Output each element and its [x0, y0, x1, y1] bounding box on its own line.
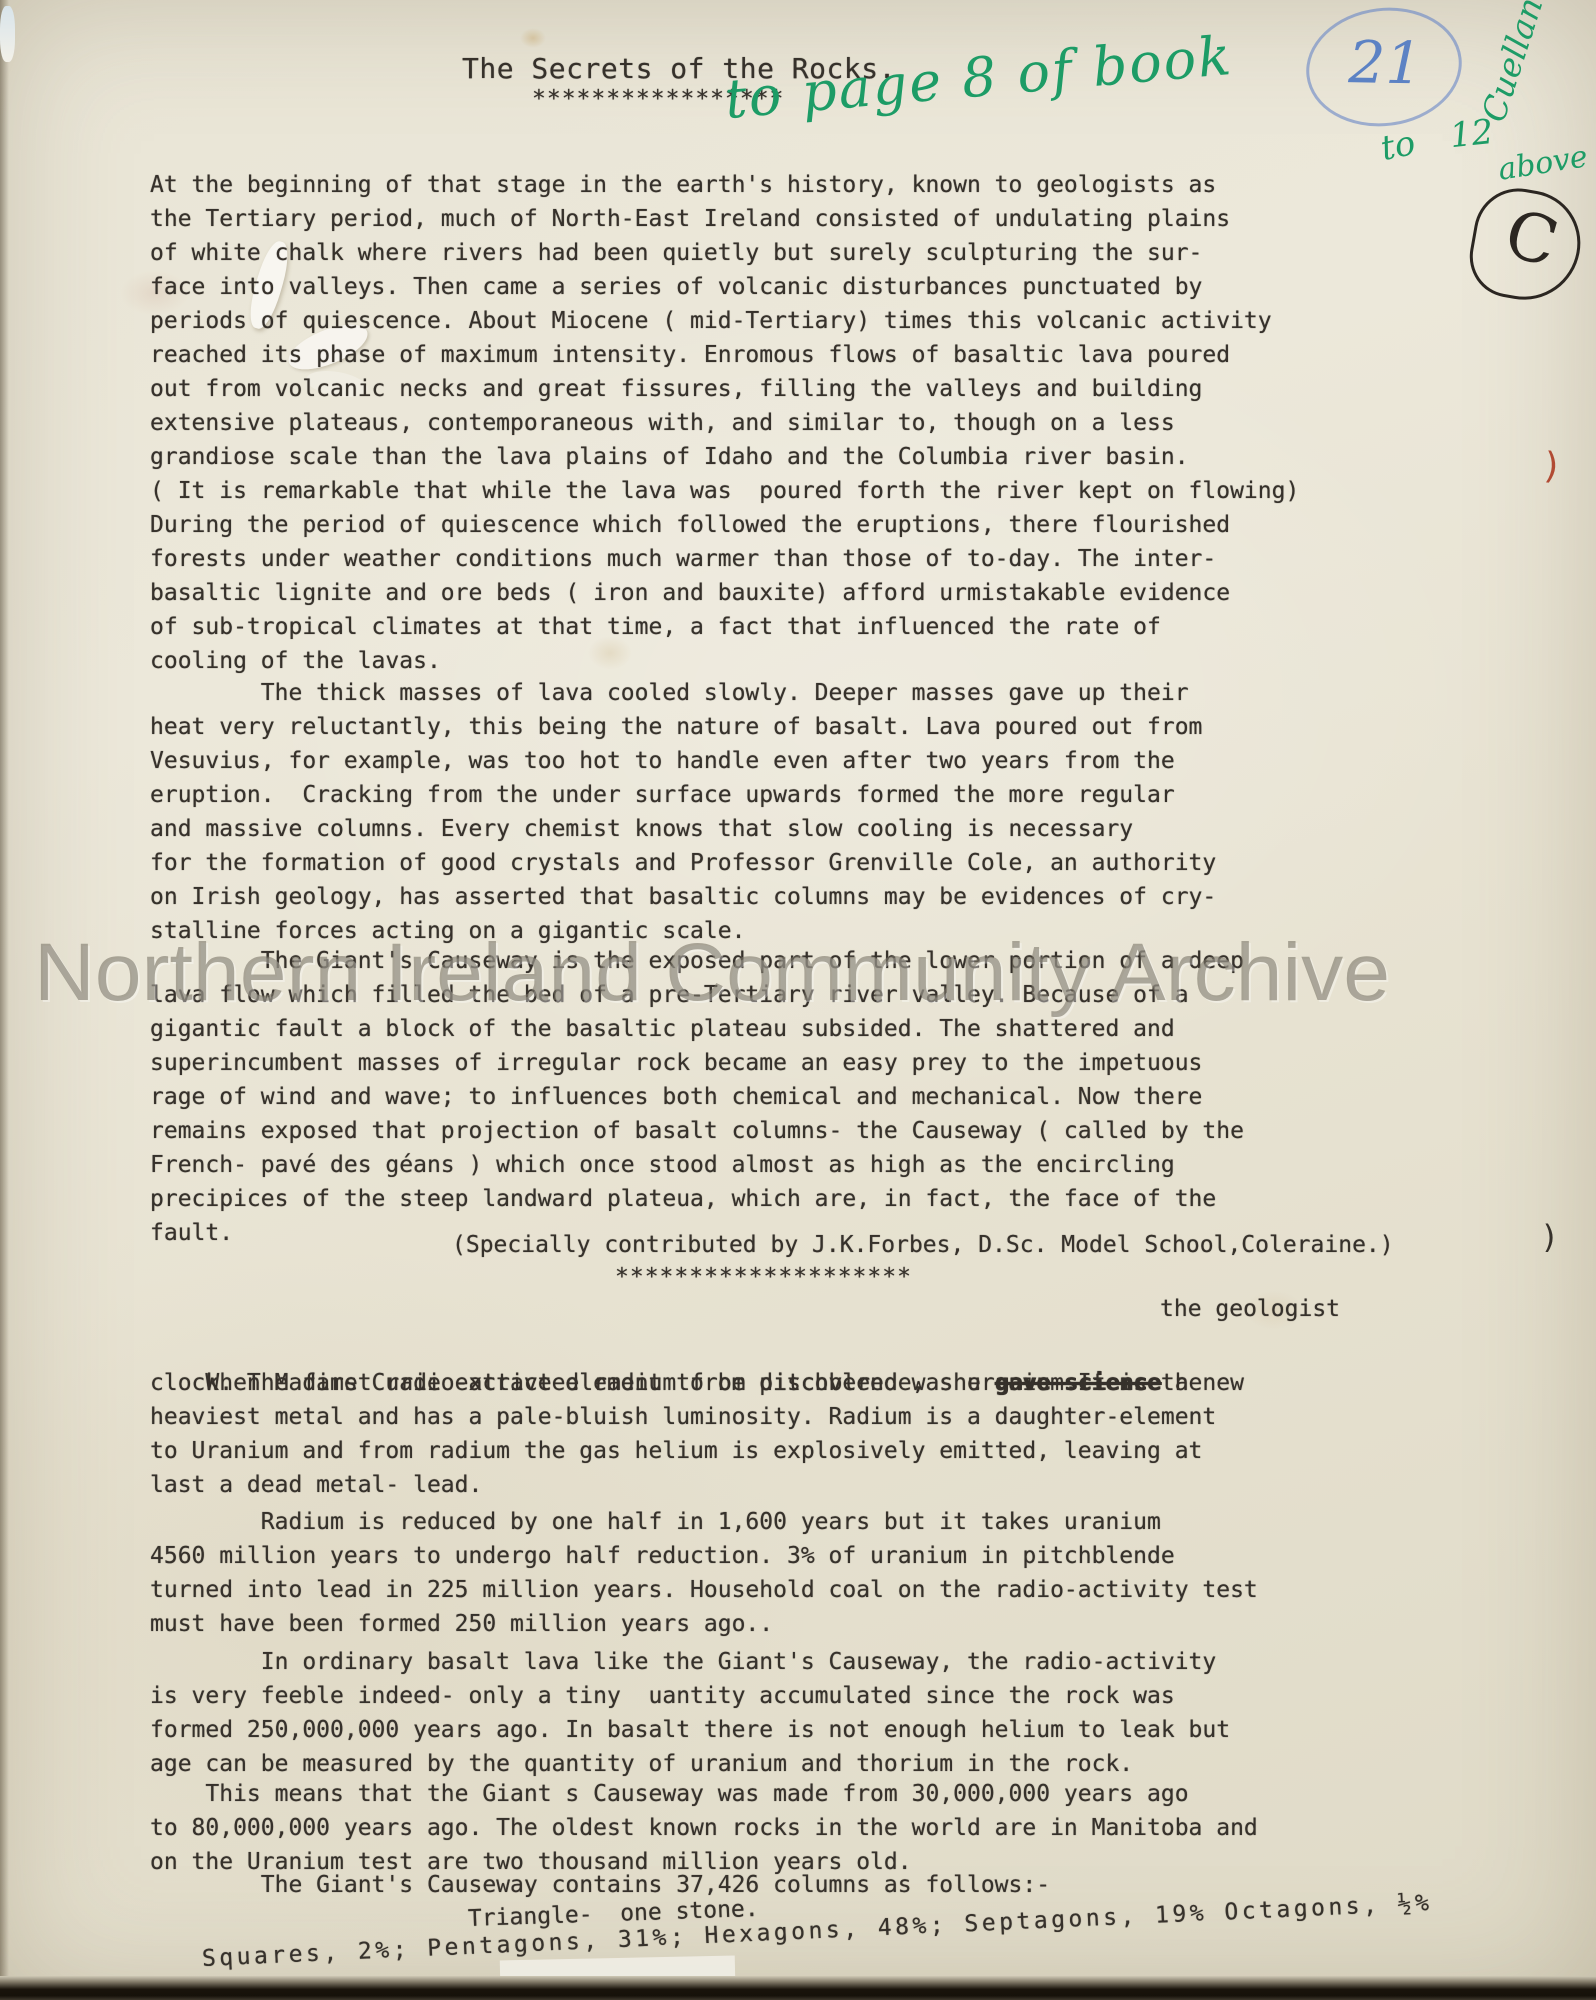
scanned-document-page: The Secrets of the Rocks. **************…: [0, 0, 1596, 2000]
attribution-line: (Specially contributed by J.K.Forbes, D.…: [452, 1228, 1394, 1262]
red-paren-mark: ): [1540, 445, 1564, 487]
typed-correction-above: the geologist: [1160, 1292, 1340, 1326]
paragraph-6: In ordinary basalt lava like the Giant's…: [150, 1645, 1230, 1781]
green-note-above: above: [1496, 139, 1590, 188]
stray-paren-mark: ): [1540, 1218, 1559, 1256]
paragraph-2: The thick masses of lava cooled slowly. …: [150, 676, 1216, 948]
paragraph-7: This means that the Giant s Causeway was…: [150, 1777, 1258, 1879]
paragraph-1: At the beginning of that stage in the ea…: [150, 168, 1299, 678]
green-note-vertical: Cuellan: [1474, 0, 1551, 126]
svg-text:Northern Ireland Community Arc: Northern Ireland Community Archive: [34, 927, 1390, 1018]
paragraph-4-rest: clock. The first radio-active element to…: [150, 1366, 1216, 1502]
page-number-handwritten: 21: [1348, 28, 1423, 97]
archive-watermark: Northern Ireland Community Archive North…: [34, 926, 1402, 1026]
attribution-stars: ********************: [615, 1260, 912, 1294]
paper-corner-speck: [0, 6, 15, 62]
circled-letter-mark: C: [1463, 181, 1588, 308]
green-note-to: to: [1377, 123, 1419, 169]
circled-letter-c: C: [1497, 194, 1567, 282]
page-number-circle: 21: [1299, 0, 1468, 135]
paragraph-5: Radium is reduced by one half in 1,600 y…: [150, 1505, 1258, 1641]
scan-bottom-edge: [0, 1976, 1596, 2000]
paper-left-edge-shadow: [0, 0, 9, 2000]
paper-stain: [520, 28, 546, 48]
green-note-main: to page 8 of book: [722, 24, 1235, 131]
